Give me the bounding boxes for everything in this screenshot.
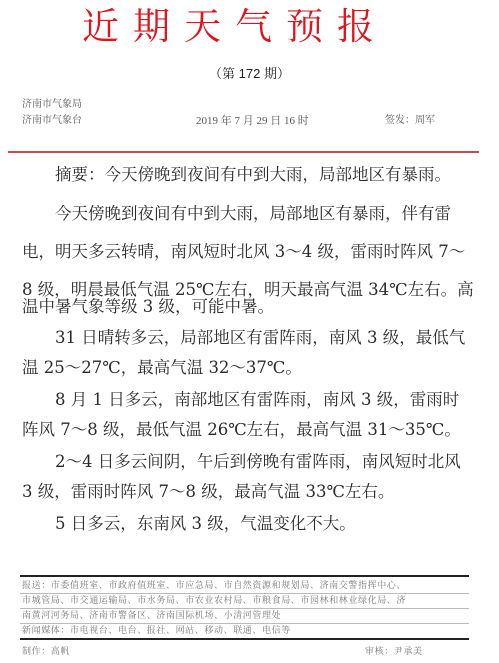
paragraph-4-line-1: 2～4 日多云间阴，午后到傍晚有雷阵雨，南风短时北风	[22, 451, 495, 473]
footer-rule	[20, 608, 469, 609]
footer-divider-bottom	[20, 638, 469, 640]
document-title: 近期天气预报	[0, 4, 470, 50]
issue-date: 2019 年 7 月 29 日 16 时	[196, 114, 309, 128]
maker: 制作：高帆	[22, 644, 70, 657]
signer: 签发：周军	[385, 114, 435, 128]
footer-divider-top	[20, 575, 469, 577]
paragraph-3-line-2: 阵风 7～8 级，最低气温 26℃左右，最高气温 31～35℃。	[22, 419, 462, 441]
issue-number: （第 172 期）	[0, 63, 499, 82]
distribution-line-1: 报送：市委值班室、市政府值班室、市应急局、市自然资源和规划局、济南交警指挥中心、	[22, 580, 406, 592]
paragraph-2-line-2: 温 25～27℃，最高气温 32～37℃。	[22, 357, 462, 379]
distribution-line-3: 南黄河河务局、济南市警备区、济南国际机场、小清河管理处	[22, 610, 281, 622]
distribution-line-2: 市城管局、市交通运输局、市水务局、市农业农村局、市粮食局、市园林和林业绿化局、济	[22, 595, 406, 607]
paragraph-1-line-1: 今天傍晚到夜间有中到大雨，局部地区有暴雨，伴有雷	[22, 203, 495, 225]
paragraph-5-line-1: 5 日多云，东南风 3 级，气温变化不大。	[22, 513, 495, 535]
paragraph-4-line-2: 3 级，雷雨时阵风 7～8 级，最高气温 33℃左右。	[22, 481, 462, 503]
footer-rule	[20, 593, 469, 594]
paragraph-2-line-1: 31 日晴转多云，局部地区有雷阵雨，南风 3 级，最低气	[22, 327, 495, 349]
media-distribution-line: 新闻媒体：市电视台、电台、报社、网站、移动、联通、电信等	[22, 625, 291, 637]
paragraph-3-line-1: 8 月 1 日多云，南部地区有雷阵雨，南风 3 级，雷雨时	[22, 389, 495, 411]
header-divider	[8, 151, 479, 153]
summary-text: 摘要：今天傍晚到夜间有中到大雨，局部地区有暴雨。	[22, 164, 495, 186]
issuer-observatory: 济南市气象台	[22, 114, 82, 128]
reviewer: 审核：尹承美	[365, 644, 423, 657]
paragraph-1-line-4: 温中暑气象等级 3 级，可能中暑。	[22, 296, 462, 318]
paragraph-1-line-2: 电，明天多云转晴，南风短时北风 3～4 级，雷雨时阵风 7～	[22, 241, 462, 263]
footer-rule	[20, 623, 469, 624]
issuer-bureau: 济南市气象局	[22, 98, 82, 112]
